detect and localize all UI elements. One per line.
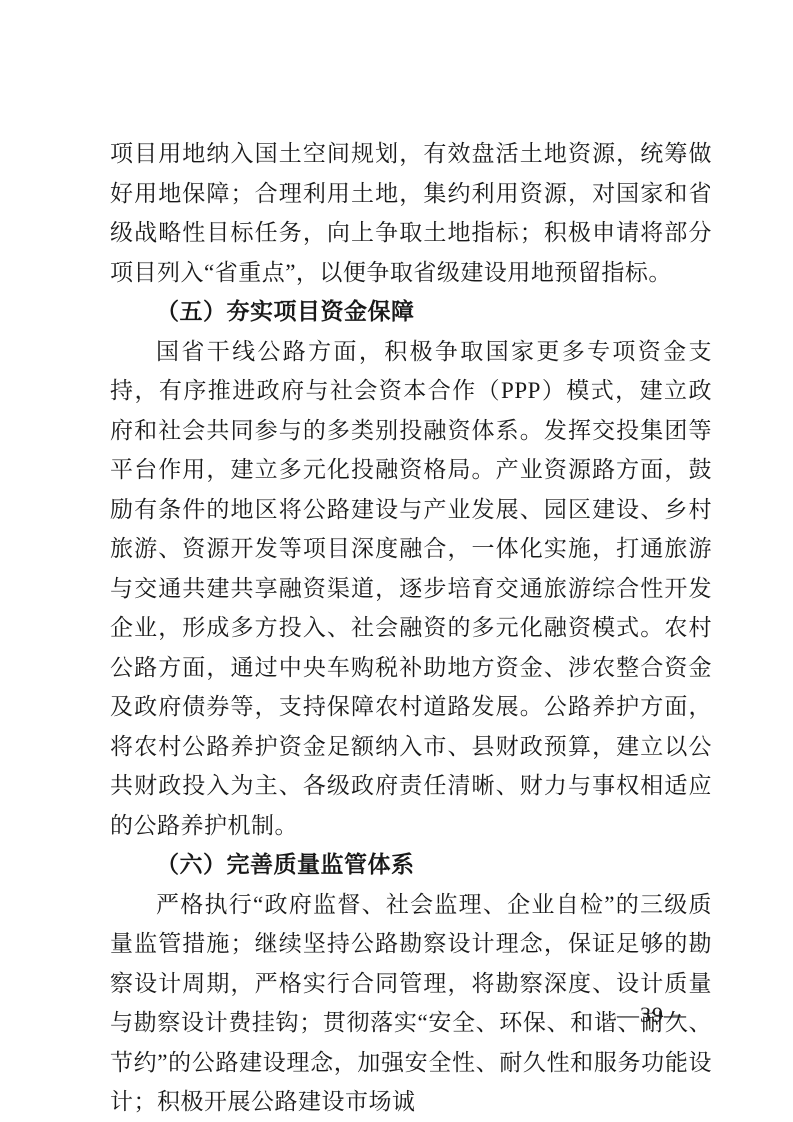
- page-number: —39—: [617, 1001, 687, 1029]
- paragraph-funding-measures: 国省干线公路方面，积极争取国家更多专项资金支持，有序推进政府与社会资本合作（PP…: [110, 332, 712, 846]
- document-page: 项目用地纳入国土空间规划，有效盘活土地资源，统筹做好用地保障；合理利用土地，集约…: [0, 0, 793, 1122]
- section-heading-5-funding-guarantee: （五）夯实项目资金保障: [110, 292, 712, 332]
- paragraph-land-use-guarantee: 项目用地纳入国土空间规划，有效盘活土地资源，统筹做好用地保障；合理利用土地，集约…: [110, 134, 712, 292]
- document-content: 项目用地纳入国土空间规划，有效盘活土地资源，统筹做好用地保障；合理利用土地，集约…: [110, 134, 712, 1122]
- section-heading-6-quality-supervision: （六）完善质量监管体系: [110, 845, 712, 885]
